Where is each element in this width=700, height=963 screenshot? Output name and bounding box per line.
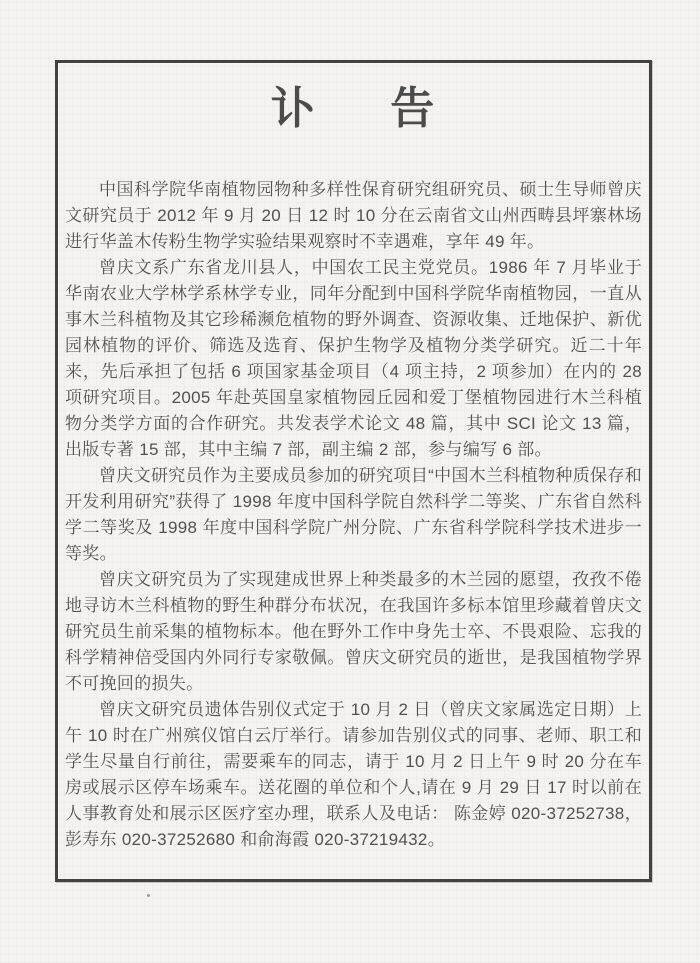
signature-block: 曾庆文同志治丧委员会 二〇一二年九月二十七日: [58, 879, 649, 882]
signature-committee: 曾庆文同志治丧委员会: [58, 879, 649, 882]
notice-body: 中国科学院华南植物园物种多样性保育研究组研究员、硕士生导师曾庆文研究员于 201…: [58, 177, 649, 853]
paragraph-legacy: 曾庆文研究员为了实现建成世界上种类最多的木兰园的愿望，孜孜不倦地寻访木兰科植物的…: [65, 567, 642, 697]
paragraph-awards: 曾庆文研究员作为主要成员参加的研究项目“中国木兰科植物种质保存和开发利用研究”获…: [65, 463, 642, 567]
paragraph-death-announcement: 中国科学院华南植物园物种多样性保育研究组研究员、硕士生导师曾庆文研究员于 201…: [65, 177, 642, 255]
paragraph-biography: 曾庆文系广东省龙川县人，中国农工民主党党员。1986 年 7 月毕业于华南农业大…: [65, 255, 642, 463]
notice-title: 讣 告: [58, 83, 649, 135]
paragraph-funeral-arrangements: 曾庆文研究员遗体告别仪式定于 10 月 2 日（曾庆文家属选定日期）上午 10 …: [65, 697, 642, 853]
document-frame: 讣 告 中国科学院华南植物园物种多样性保育研究组研究员、硕士生导师曾庆文研究员于…: [55, 60, 652, 882]
scanned-page: 讣 告 中国科学院华南植物园物种多样性保育研究组研究员、硕士生导师曾庆文研究员于…: [0, 0, 700, 963]
scan-artifact-speck: [147, 894, 150, 897]
